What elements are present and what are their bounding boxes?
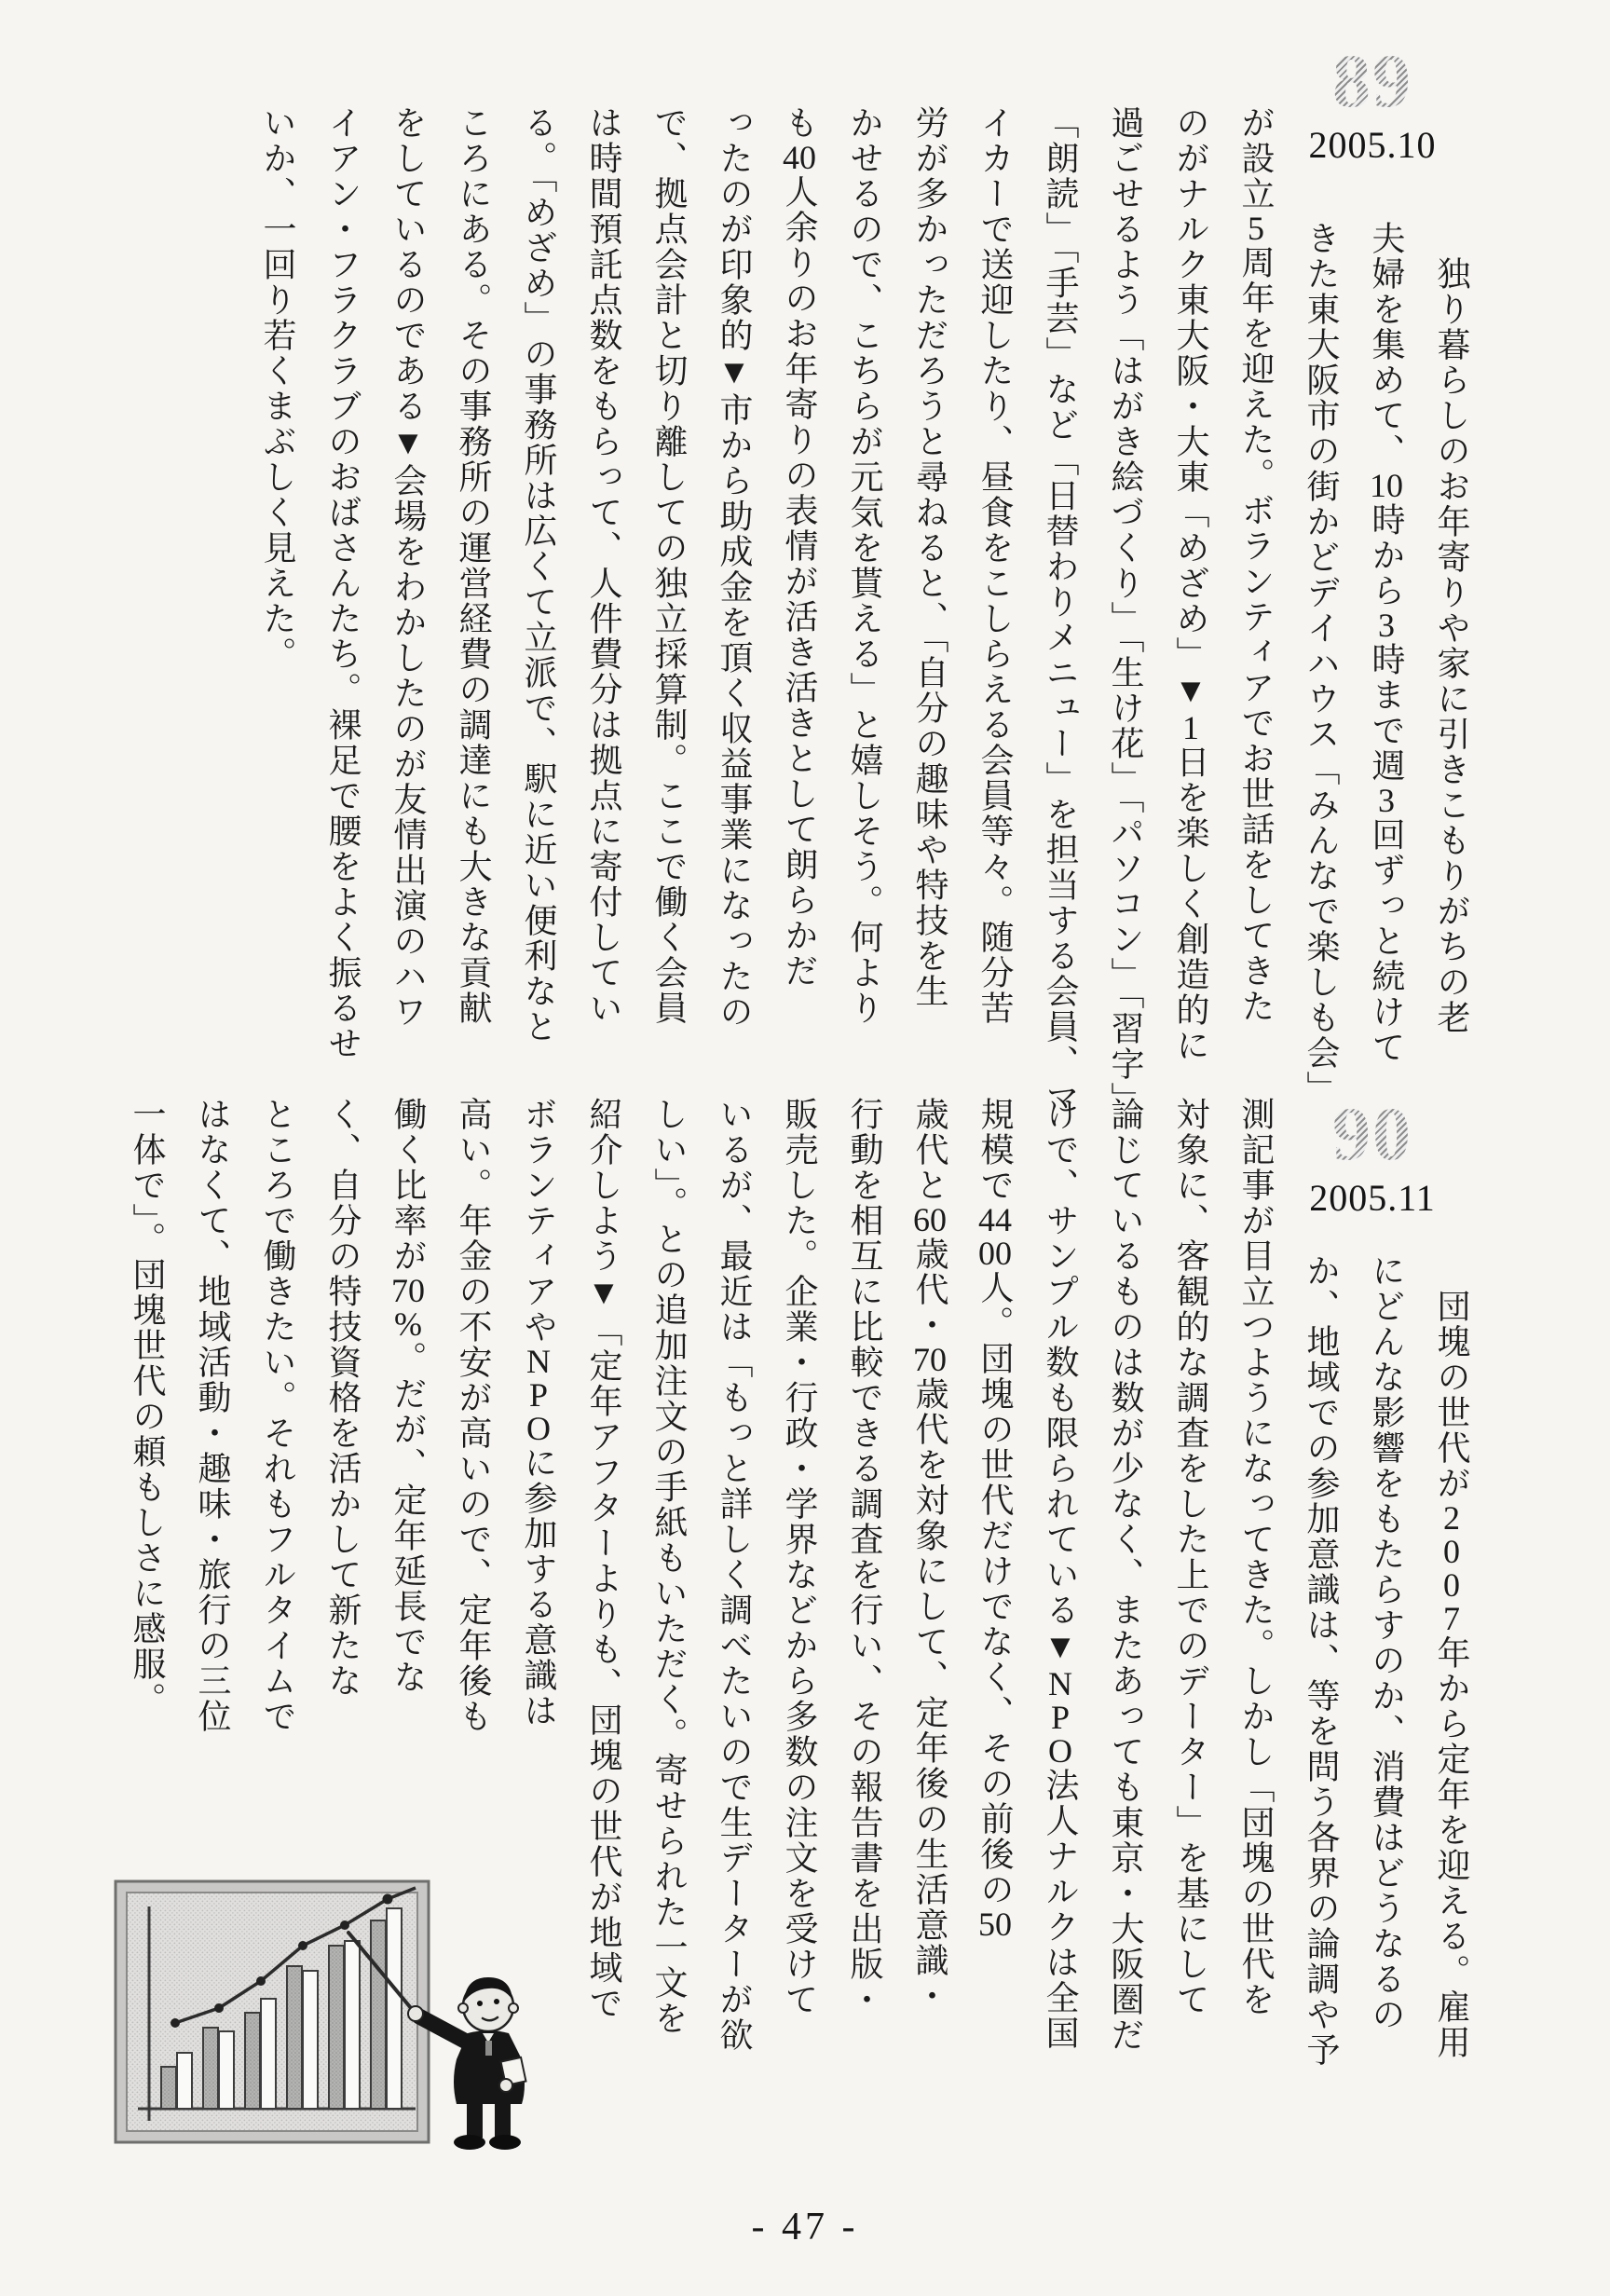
text-column: る。「めざめ」の事務所は広くて立派で、駅に近い便利なと — [506, 105, 571, 1037]
issue-number-89: 89 — [1265, 45, 1480, 117]
text-column: ころにある。その事務所の運営経費の調達にも大きな貢献 — [441, 105, 506, 1037]
inline-number: 1 — [1172, 711, 1209, 745]
inline-number: 70 — [911, 1343, 948, 1376]
inline-number: N — [520, 1345, 557, 1378]
issue-date-89: 2005.10 — [1265, 123, 1480, 167]
text-column: 行動を相互に比較できる調査を行い、その報告書を出版・ — [832, 1097, 897, 2057]
text-column: 過ごせるよう「はがき絵づくり」「生け花」「パソコン」「習字」 — [1093, 105, 1158, 1037]
text-column: いか、一回り若くまぶしく見えた。 — [245, 105, 310, 1037]
inline-number: 50 — [976, 1907, 1014, 1941]
text-column: 団塊の世代が2007年から定年を迎える。雇用 — [1419, 1253, 1484, 2101]
inline-number: 10 — [1368, 469, 1405, 502]
inline-number: N — [1042, 1667, 1079, 1701]
inline-number: O — [1042, 1734, 1079, 1768]
inline-number: P — [1042, 1701, 1079, 1734]
text-column: イアン・フラクラブのおばさんたち。裸足で腰をよく振るせ — [310, 105, 375, 1037]
text-column: か、地域での参加意識は、等を問う各界の論調や予 — [1289, 1253, 1354, 2101]
issue-date-90: 2005.11 — [1265, 1176, 1480, 1220]
text-column: いるが、最近は「もっと詳しく調べたいので生データーが欲 — [702, 1097, 767, 2057]
inline-number: 5 — [1237, 212, 1275, 245]
text-column: 「朗読」「手芸」など「日替わりメニュー」を担当する会員、マ — [1028, 105, 1093, 1037]
issue-number-90: 90 — [1265, 1098, 1480, 1170]
text-column: が設立5周年を迎えた。ボランティアでお世話をしてきた — [1223, 105, 1289, 1037]
text-column: 論じているものは数が少なく、またあっても東京・大阪圏だ — [1093, 1097, 1158, 2057]
scanned-book-page: 89 2005.10 独り暮らしのお年寄りや家に引きこもりがちの老夫婦を集めて、… — [0, 0, 1610, 2296]
text-column: 規模で4400人。団塊の世代だけでなく、その前後の50 — [962, 1097, 1028, 2057]
inline-number: 2 — [1433, 1501, 1470, 1535]
text-column: をしているのである▼会場をわかしたのが友情出演のハワ — [375, 105, 441, 1037]
article-89-opening-columns: 独り暮らしのお年寄りや家に引きこもりがちの老夫婦を集めて、10時から3時まで週3… — [1289, 221, 1484, 1106]
text-column: 測記事が目立つようになってきた。しかし「団塊の世代を — [1223, 1097, 1289, 2057]
inline-number: 3 — [1368, 608, 1405, 642]
inline-number: P — [520, 1378, 557, 1412]
chart-presenter-illustration — [108, 1877, 602, 2158]
inline-number: 60 — [911, 1203, 948, 1237]
inline-number: 7 — [1433, 1602, 1470, 1635]
chart-presenter-graphic — [108, 1877, 602, 2158]
inline-number: 0 — [1433, 1568, 1470, 1602]
text-column: かせるので、こちらが元気を貰える」と嬉しそう。何より — [832, 105, 897, 1037]
text-column: イカーで送迎したり、昼食をこしらえる会員等々。随分苦 — [962, 105, 1028, 1037]
inline-number: 00 — [976, 1237, 1014, 1270]
text-column: 販売した。企業・行政・学界などから多数の注文を受けて — [767, 1097, 832, 2057]
text-column: 労が多かっただろうと尋ねると、「自分の趣味や特技を生 — [897, 105, 962, 1037]
text-column: も40人余りのお年寄りの表情が活き活きとして朗らかだ — [767, 105, 832, 1037]
text-column: しい」。との追加注文の手紙もいただく。寄せられた一文を — [636, 1097, 702, 2057]
text-column: 夫婦を集めて、10時から3時まで週3回ずっと続けて — [1354, 221, 1419, 1106]
inline-number: % — [389, 1307, 427, 1341]
inline-number: 70 — [389, 1274, 427, 1307]
inline-number: 3 — [1368, 784, 1405, 817]
text-column: 対象に、客観的な調査をした上でのデーター」を基にして — [1158, 1097, 1223, 2057]
article-89-body-columns: が設立5周年を迎えた。ボランティアでお世話をしてきたのがナルク東大阪・大東「めざ… — [245, 105, 1289, 1037]
issue-header-89: 89 2005.10 — [1265, 45, 1480, 167]
inline-number: 0 — [1433, 1535, 1470, 1568]
page-number: - 47 - — [0, 2205, 1610, 2249]
text-column: で、拠点会計と切り離しての独立採算制。ここで働く会員 — [636, 105, 702, 1037]
text-column: 歳代と60歳代・70歳代を対象にして、定年後の生活意識・ — [897, 1097, 962, 2057]
text-column: 独り暮らしのお年寄りや家に引きこもりがちの老 — [1419, 221, 1484, 1106]
article-90-opening-columns: 団塊の世代が2007年から定年を迎える。雇用にどんな影響をもたらすのか、消費はど… — [1289, 1253, 1484, 2101]
inline-number: O — [520, 1412, 557, 1445]
text-column: けで、サンプル数も限られている▼NPO法人ナルクは全国 — [1028, 1097, 1093, 2057]
text-column: は時間預託点数をもらって、人件費分は拠点に寄付してい — [571, 105, 636, 1037]
text-column: ったのが印象的▼市から助成金を頂く収益事業になったの — [702, 105, 767, 1037]
issue-header-90: 90 2005.11 — [1265, 1098, 1480, 1220]
inline-number: 40 — [781, 141, 818, 174]
text-column: きた東大阪市の街かどデイハウス「みんなで楽しも会」 — [1289, 221, 1354, 1106]
text-column: にどんな影響をもたらすのか、消費はどうなるの — [1354, 1253, 1419, 2101]
text-column: のがナルク東大阪・大東「めざめ」▼1日を楽しく創造的に — [1158, 105, 1223, 1037]
inline-number: 44 — [976, 1203, 1014, 1237]
